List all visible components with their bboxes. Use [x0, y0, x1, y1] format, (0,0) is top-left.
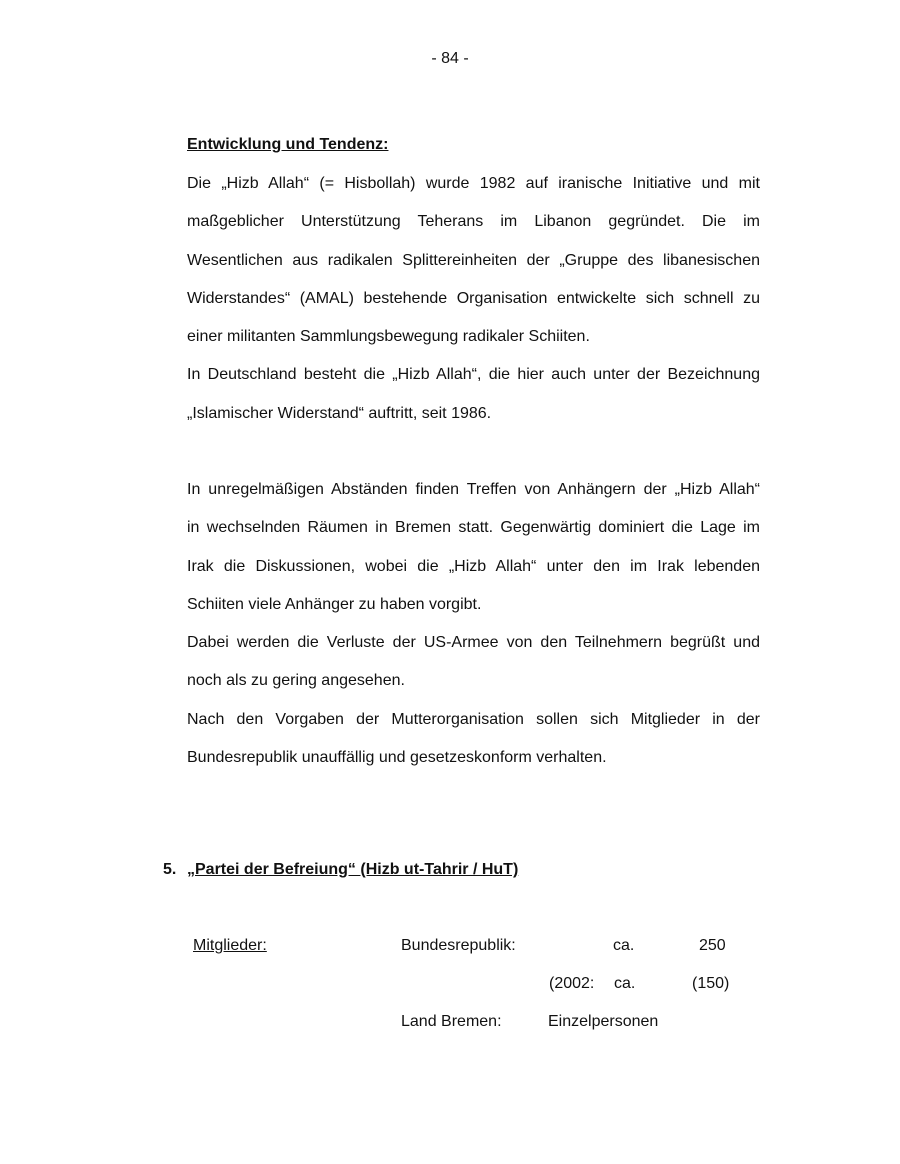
paragraph-bremen: In unregelmäßigen Abständen finden Treff… — [187, 471, 760, 777]
paragraph-development: Die „Hizb Allah“ (= Hisbollah) wurde 198… — [187, 165, 760, 433]
text-line: Nach den Vorgaben der Mutterorganisation… — [187, 701, 760, 739]
section-number: 5. — [163, 861, 176, 879]
text-line: in wechselnden Räumen in Bremen statt. G… — [187, 509, 760, 547]
prev-approx: ca. — [614, 975, 635, 993]
text-line: „Islamischer Widerstand“ auftritt, seit … — [187, 395, 760, 433]
section-heading: Entwicklung und Tendenz: — [187, 136, 388, 154]
text-line: Die „Hizb Allah“ (= Hisbollah) wurde 198… — [187, 165, 760, 203]
text-line: In Deutschland besteht die „Hizb Allah“,… — [187, 356, 760, 394]
page-number: - 84 - — [0, 50, 900, 68]
text-line: In unregelmäßigen Abständen finden Treff… — [187, 471, 760, 509]
text-line: Dabei werden die Verluste der US-Armee v… — [187, 624, 760, 662]
text-line: einer militanten Sammlungsbewegung radik… — [187, 318, 760, 356]
text-line: noch als zu gering angesehen. — [187, 662, 760, 700]
prev-year-label: (2002: — [549, 975, 594, 993]
text-line: Irak die Diskussionen, wobei die „Hizb A… — [187, 548, 760, 586]
federal-value: 250 — [699, 937, 726, 955]
text-line: Widerstandes“ (AMAL) bestehende Organisa… — [187, 280, 760, 318]
section-title: „Partei der Befreiung“ (Hizb ut-Tahrir /… — [187, 861, 518, 879]
text-line: Schiiten viele Anhänger zu haben vorgibt… — [187, 586, 760, 624]
text-line: Wesentlichen aus radikalen Splittereinhe… — [187, 242, 760, 280]
state-label: Land Bremen: — [401, 1013, 502, 1031]
state-value: Einzelpersonen — [548, 1013, 658, 1031]
text-line: Bundesrepublik unauffällig und gesetzesk… — [187, 739, 760, 777]
prev-value: (150) — [692, 975, 729, 993]
text-line: maßgeblicher Unterstützung Teherans im L… — [187, 203, 760, 241]
members-label: Mitglieder: — [193, 937, 267, 955]
federal-label: Bundesrepublik: — [401, 937, 516, 955]
federal-approx: ca. — [613, 937, 634, 955]
